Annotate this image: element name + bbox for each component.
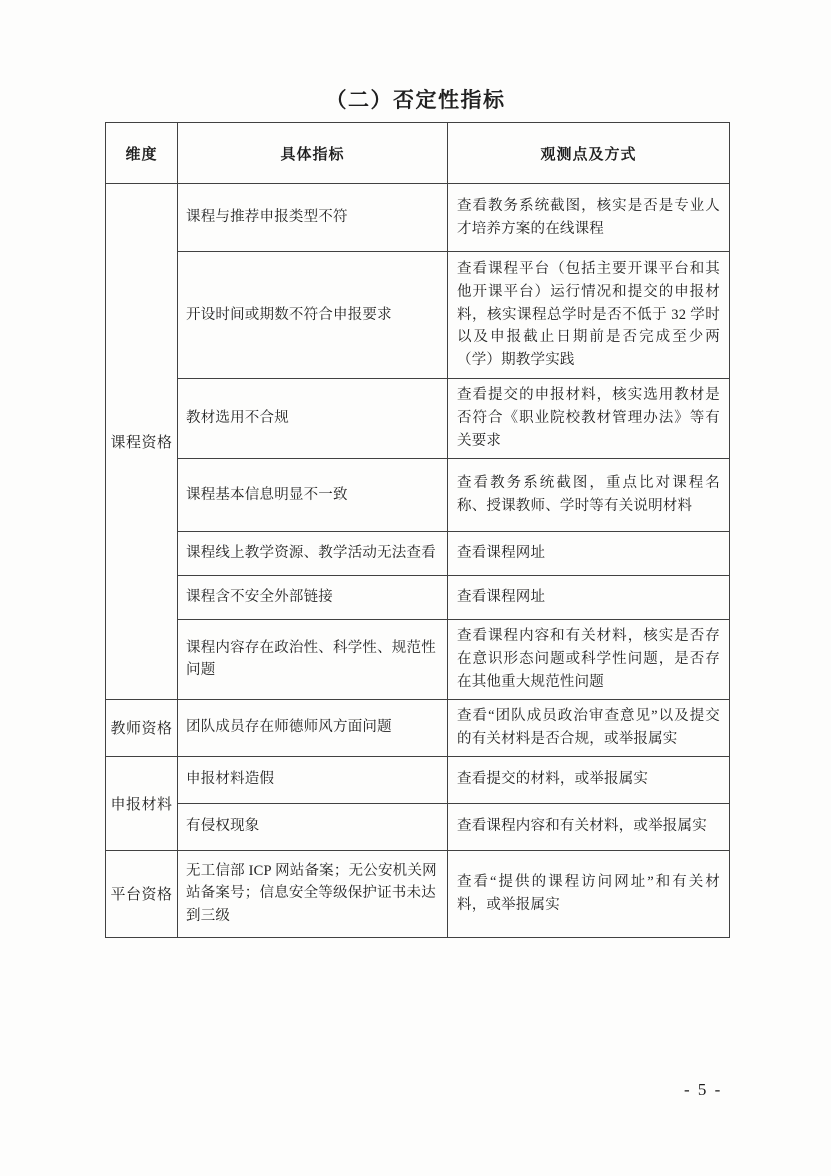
- observation-cell: 查看课程内容和有关材料，核实是否存在意识形态问题或科学性问题，是否存在其他重大规…: [448, 620, 730, 700]
- table-row: 课程资格课程与推荐申报类型不符查看教务系统截图，核实是否是专业人才培养方案的在线…: [106, 184, 730, 252]
- indicator-cell: 教材选用不合规: [178, 379, 448, 459]
- page-number: - 5 -: [684, 1080, 722, 1100]
- table-row: 有侵权现象查看课程内容和有关材料，或举报属实: [106, 803, 730, 850]
- observation-cell: 查看课程网址: [448, 576, 730, 620]
- indicator-cell: 课程与推荐申报类型不符: [178, 184, 448, 252]
- table-row: 课程线上教学资源、教学活动无法查看查看课程网址: [106, 532, 730, 576]
- indicator-cell: 课程基本信息明显不一致: [178, 459, 448, 532]
- indicator-cell: 团队成员存在师德师风方面问题: [178, 699, 448, 756]
- table-row: 开设时间或期数不符合申报要求查看课程平台（包括主要开课平台和其他开课平台）运行情…: [106, 252, 730, 379]
- observation-cell: 查看“团队成员政治审查意见”以及提交的有关材料是否合规，或举报属实: [448, 699, 730, 756]
- dimension-cell: 课程资格: [106, 184, 178, 700]
- header-indicator: 具体指标: [178, 123, 448, 184]
- observation-cell: 查看教务系统截图，核实是否是专业人才培养方案的在线课程: [448, 184, 730, 252]
- observation-cell: 查看课程内容和有关材料，或举报属实: [448, 803, 730, 850]
- observation-cell: 查看提交的材料，或举报属实: [448, 756, 730, 803]
- indicator-cell: 课程内容存在政治性、科学性、规范性问题: [178, 620, 448, 700]
- header-dimension: 维度: [106, 123, 178, 184]
- table-row: 课程含不安全外部链接查看课程网址: [106, 576, 730, 620]
- table-row: 申报材料申报材料造假查看提交的材料，或举报属实: [106, 756, 730, 803]
- negative-indicators-table: 维度 具体指标 观测点及方式 课程资格课程与推荐申报类型不符查看教务系统截图，核…: [105, 122, 730, 938]
- observation-cell: 查看教务系统截图，重点比对课程名称、授课教师、学时等有关说明材料: [448, 459, 730, 532]
- table-header-row: 维度 具体指标 观测点及方式: [106, 123, 730, 184]
- header-observation: 观测点及方式: [448, 123, 730, 184]
- dimension-cell: 平台资格: [106, 850, 178, 937]
- indicator-cell: 开设时间或期数不符合申报要求: [178, 252, 448, 379]
- observation-cell: 查看“提供的课程访问网址”和有关材料，或举报属实: [448, 850, 730, 937]
- dimension-cell: 申报材料: [106, 756, 178, 850]
- indicator-cell: 课程线上教学资源、教学活动无法查看: [178, 532, 448, 576]
- indicator-cell: 课程含不安全外部链接: [178, 576, 448, 620]
- observation-cell: 查看提交的申报材料，核实选用教材是否符合《职业院校教材管理办法》等有关要求: [448, 379, 730, 459]
- indicator-cell: 有侵权现象: [178, 803, 448, 850]
- table-row: 课程内容存在政治性、科学性、规范性问题查看课程内容和有关材料，核实是否存在意识形…: [106, 620, 730, 700]
- indicator-cell: 申报材料造假: [178, 756, 448, 803]
- table-row: 课程基本信息明显不一致查看教务系统截图，重点比对课程名称、授课教师、学时等有关说…: [106, 459, 730, 532]
- observation-cell: 查看课程网址: [448, 532, 730, 576]
- table-row: 平台资格无工信部 ICP 网站备案；无公安机关网站备案号；信息安全等级保护证书未…: [106, 850, 730, 937]
- observation-cell: 查看课程平台（包括主要开课平台和其他开课平台）运行情况和提交的申报材料，核实课程…: [448, 252, 730, 379]
- table-body: 课程资格课程与推荐申报类型不符查看教务系统截图，核实是否是专业人才培养方案的在线…: [106, 184, 730, 938]
- table-row: 教材选用不合规查看提交的申报材料，核实选用教材是否符合《职业院校教材管理办法》等…: [106, 379, 730, 459]
- table-row: 教师资格团队成员存在师德师风方面问题查看“团队成员政治审查意见”以及提交的有关材…: [106, 699, 730, 756]
- section-title: （二）否定性指标: [0, 84, 831, 114]
- dimension-cell: 教师资格: [106, 699, 178, 756]
- indicator-cell: 无工信部 ICP 网站备案；无公安机关网站备案号；信息安全等级保护证书未达到三级: [178, 850, 448, 937]
- document-page: （二）否定性指标 维度 具体指标 观测点及方式 课程资格课程与推荐申报类型不符查…: [0, 0, 831, 1176]
